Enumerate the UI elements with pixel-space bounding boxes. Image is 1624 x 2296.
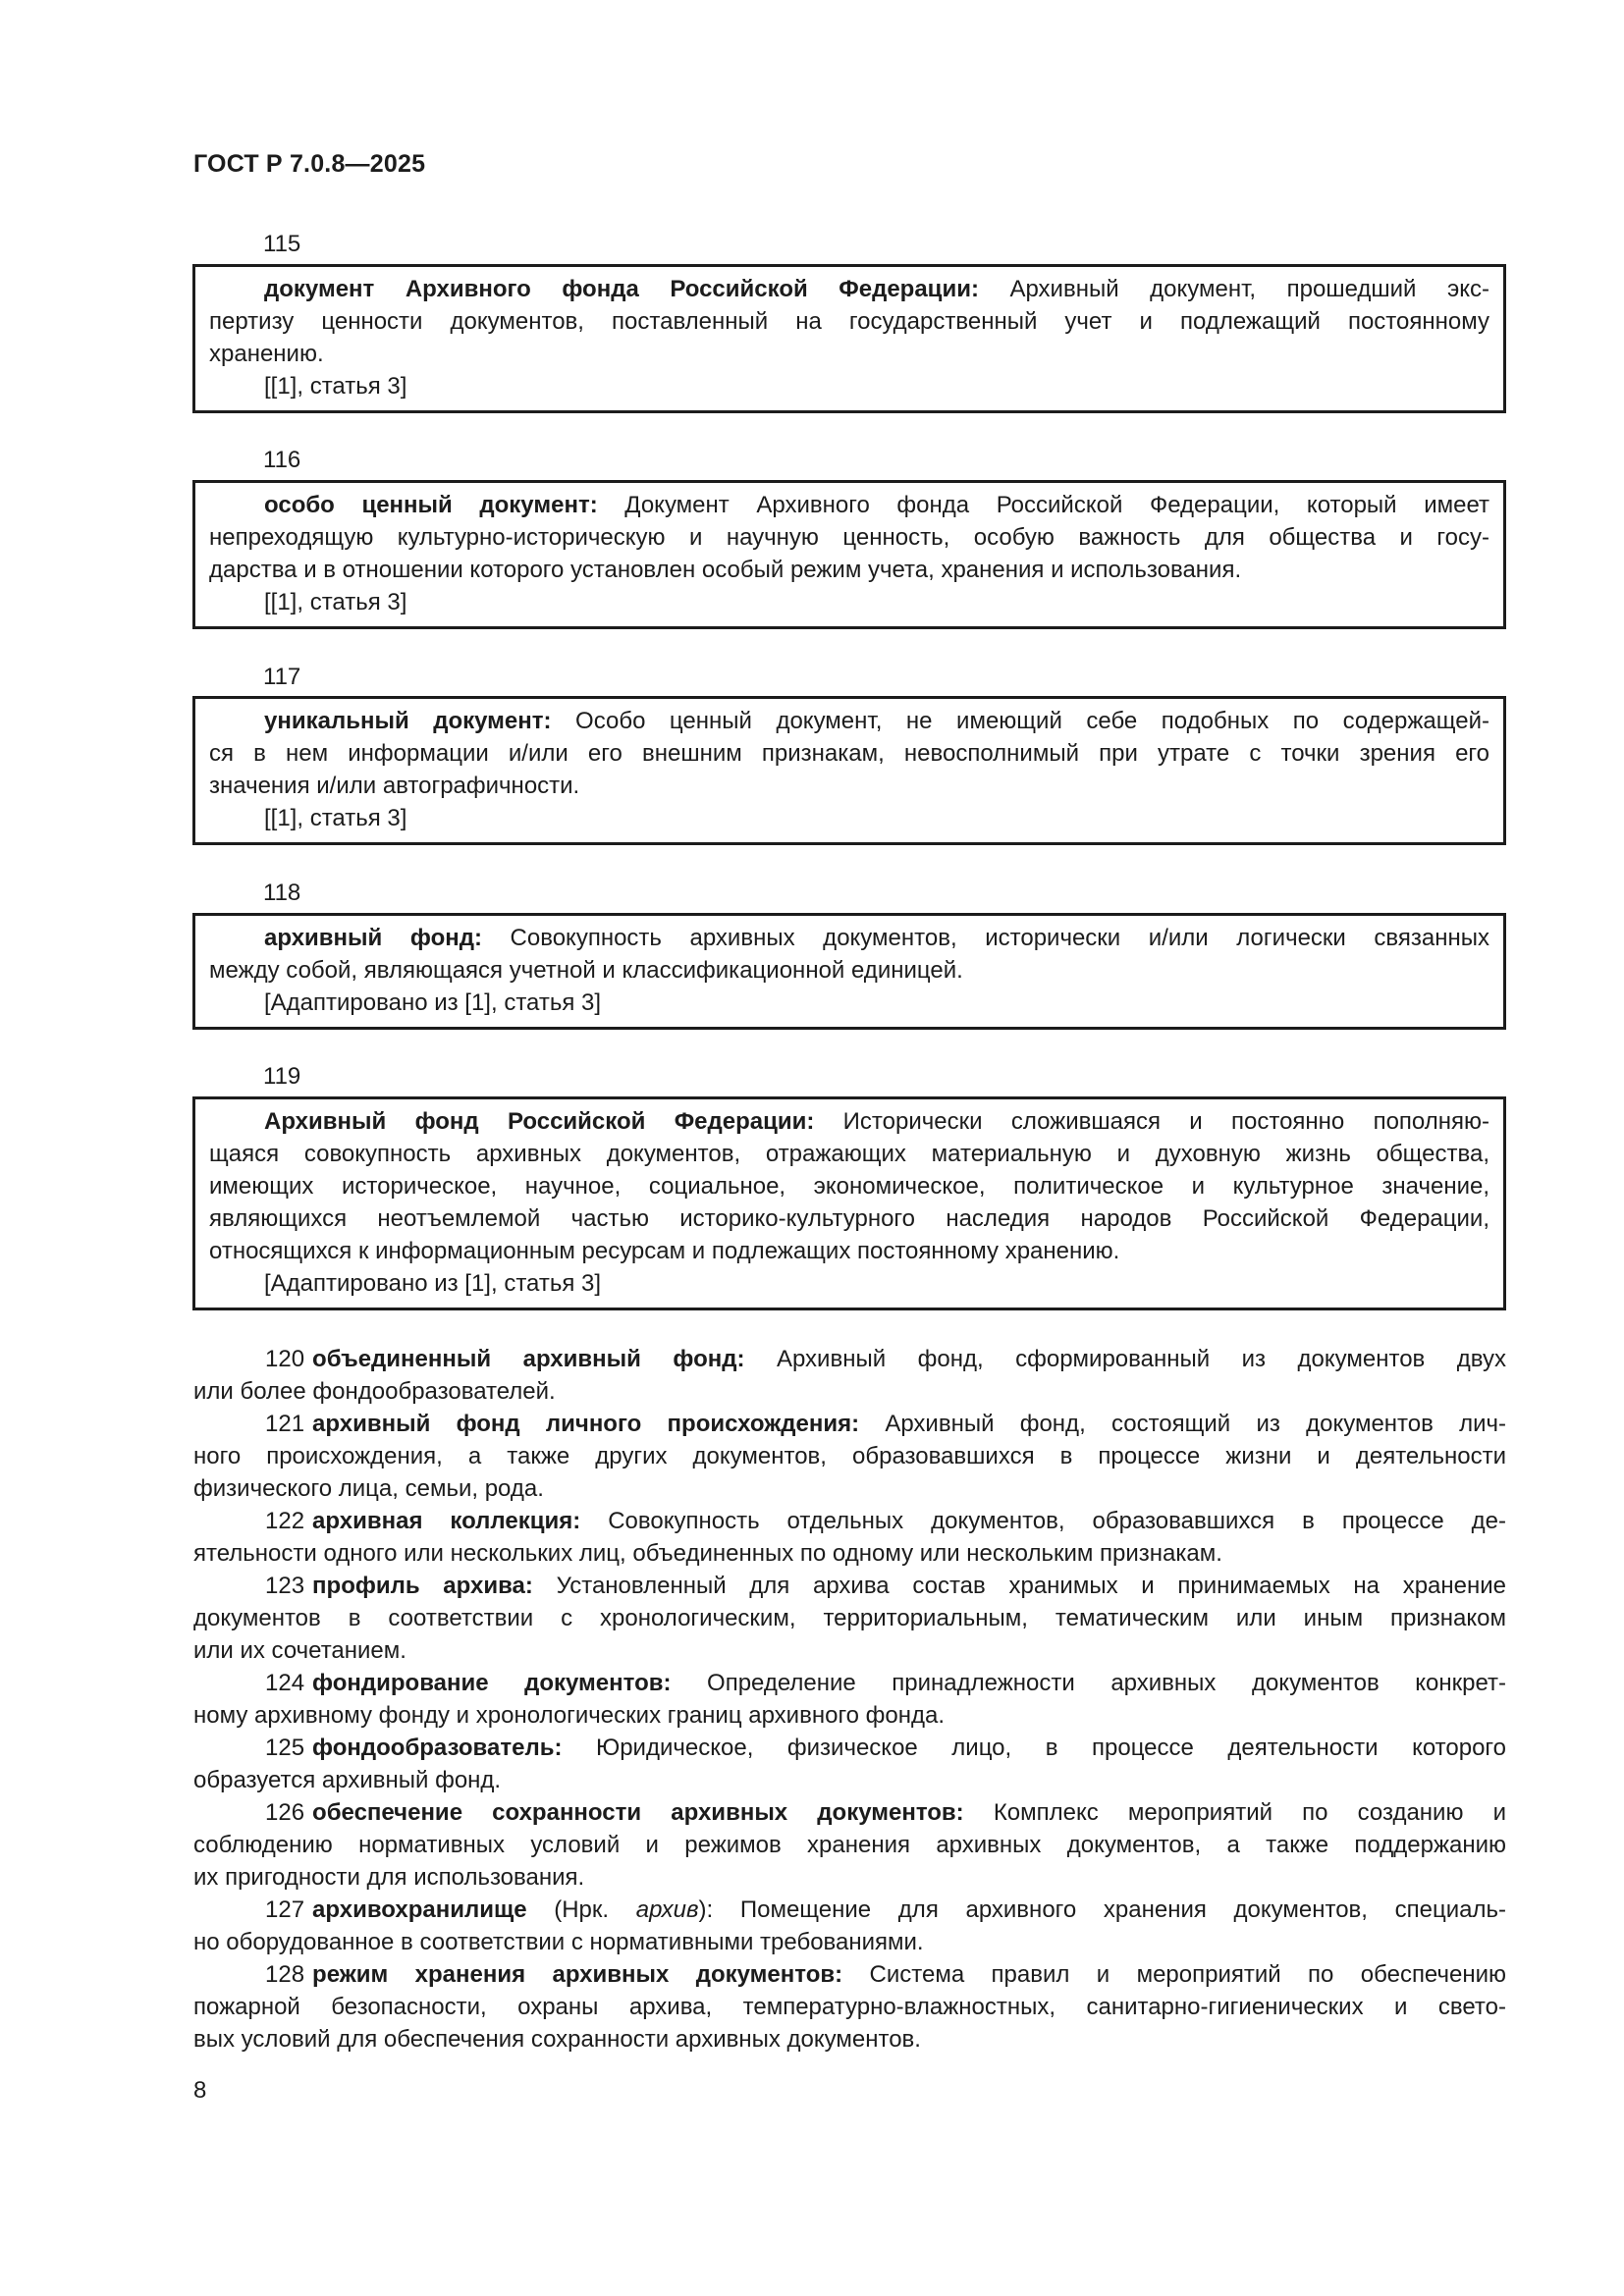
definition-text: Юридическое, физическое лицо, в процессе… (562, 1735, 1506, 1761)
term-number: 126 (265, 1799, 304, 1826)
definition-line: уникальный документ: Особо ценный докуме… (209, 705, 1489, 737)
term-number: 122 (265, 1508, 304, 1534)
deprecated-term: архив (636, 1896, 699, 1923)
term-box-117: уникальный документ: Особо ценный докуме… (192, 696, 1506, 845)
term-number-label: 117 (263, 661, 300, 693)
term-entry-127: 127архивохранилище (Нрк. архив): Помещен… (193, 1894, 1506, 1958)
definition-text: Документ Архивного фонда Российской Феде… (598, 492, 1489, 518)
definition-text: Исторически сложившаяся и постоянно попо… (814, 1108, 1489, 1135)
term-name: архивный фонд: (264, 925, 482, 951)
definition-text: Совокупность архивных документов, истори… (482, 925, 1489, 951)
term-name: режим хранения архивных документов: (312, 1961, 842, 1988)
term-box-119: Архивный фонд Российской Федерации: Исто… (192, 1096, 1506, 1310)
term-name: документ Архивного фонда Российской Феде… (264, 276, 979, 302)
term-entry-122: 122архивная коллекция: Совокупность отде… (193, 1505, 1506, 1570)
definition-line: или их сочетанием. (193, 1634, 1506, 1667)
term-name: обеспечение сохранности архивных докумен… (312, 1799, 964, 1826)
term-name: архивная коллекция: (312, 1508, 580, 1534)
source-reference: [[1], статья 3] (209, 370, 1489, 402)
definition-line: 121архивный фонд личного происхождения: … (193, 1408, 1506, 1440)
term-note-prefix: (Нрк. (527, 1896, 636, 1923)
definition-line: непреходящую культурно-историческую и на… (209, 521, 1489, 554)
definition-line: пожарной безопасности, охраны архива, те… (193, 1991, 1506, 2023)
term-name: Архивный фонд Российской Федерации: (264, 1108, 814, 1135)
definition-line: 126обеспечение сохранности архивных доку… (193, 1796, 1506, 1829)
term-number-label: 118 (263, 877, 300, 909)
definition-text: Архивный фонд, состоящий из документов л… (859, 1411, 1506, 1437)
definition-line: ятельности одного или нескольких лиц, об… (193, 1537, 1506, 1570)
term-entry-128: 128режим хранения архивных документов: С… (193, 1958, 1506, 2056)
definition-text: Архивный фонд, сформированный из докумен… (744, 1346, 1506, 1372)
definition-line: хранению. (209, 338, 1489, 370)
definition-line: документов в соответствии с хронологичес… (193, 1602, 1506, 1634)
definition-line: ного происхождения, а также других докум… (193, 1440, 1506, 1472)
definition-line: соблюдению нормативных условий и режимов… (193, 1829, 1506, 1861)
definition-line: образуется архивный фонд. (193, 1764, 1506, 1796)
definition-text: Комплекс мероприятий по созданию и (964, 1799, 1506, 1826)
term-number: 124 (265, 1670, 304, 1696)
term-number: 123 (265, 1573, 304, 1599)
definition-line: щаяся совокупность архивных документов, … (209, 1138, 1489, 1170)
term-name: фондирование документов: (312, 1670, 671, 1696)
term-number-label: 119 (263, 1060, 300, 1093)
definition-line: являющихся неотъемлемой частью историко-… (209, 1202, 1489, 1235)
source-reference: [Адаптировано из [1], статья 3] (209, 1267, 1489, 1300)
definition-line: ся в нем информации и/или его внешним пр… (209, 737, 1489, 770)
term-entry-123: 123профиль архива: Установленный для арх… (193, 1570, 1506, 1667)
term-number: 121 (265, 1411, 304, 1437)
term-box-116: особо ценный документ: Документ Архивног… (192, 480, 1506, 629)
definition-line: имеющих историческое, научное, социально… (209, 1170, 1489, 1202)
term-entry-126: 126обеспечение сохранности архивных доку… (193, 1796, 1506, 1894)
definition-line: пертизу ценности документов, поставленны… (209, 305, 1489, 338)
term-entry-125: 125фондообразователь: Юридическое, физич… (193, 1732, 1506, 1796)
definition-line: архивный фонд: Совокупность архивных док… (209, 922, 1489, 954)
definition-line: 124фондирование документов: Определение … (193, 1667, 1506, 1699)
definition-text: Установленный для архива состав хранимых… (533, 1573, 1506, 1599)
definition-line: между собой, являющаяся учетной и класси… (209, 954, 1489, 987)
definition-text: Архивный документ, прошедший экс- (979, 276, 1489, 302)
definition-line: дарства и в отношении которого установле… (209, 554, 1489, 586)
definition-line: значения и/или автографичности. (209, 770, 1489, 802)
definition-line: вых условий для обеспечения сохранности … (193, 2023, 1506, 2056)
definition-line: относящихся к информационным ресурсам и … (209, 1235, 1489, 1267)
term-box-118: архивный фонд: Совокупность архивных док… (192, 913, 1506, 1030)
term-name: фондообразователь: (312, 1735, 562, 1761)
term-name: архивный фонд личного происхождения: (312, 1411, 859, 1437)
definition-text: Определение принадлежности архивных доку… (672, 1670, 1507, 1696)
term-note-suffix: ): (699, 1896, 714, 1923)
definition-line: их пригодности для использования. (193, 1861, 1506, 1894)
term-entry-121: 121архивный фонд личного происхождения: … (193, 1408, 1506, 1505)
term-list: 120объединенный архивный фонд: Архивный … (193, 1343, 1506, 2056)
definition-line: 123профиль архива: Установленный для арх… (193, 1570, 1506, 1602)
page-number: 8 (193, 2074, 206, 2107)
definition-line: физического лица, семьи, рода. (193, 1472, 1506, 1505)
term-box-115: документ Архивного фонда Российской Феде… (192, 264, 1506, 413)
term-name: уникальный документ: (264, 708, 552, 734)
term-number-label: 116 (263, 444, 300, 476)
source-reference: [[1], статья 3] (209, 802, 1489, 834)
document-header: ГОСТ Р 7.0.8—2025 (193, 150, 425, 179)
definition-line: 125фондообразователь: Юридическое, физич… (193, 1732, 1506, 1764)
term-number: 128 (265, 1961, 304, 1988)
definition-line: 122архивная коллекция: Совокупность отде… (193, 1505, 1506, 1537)
definition-line: но оборудованное в соответствии с нормат… (193, 1926, 1506, 1958)
definition-line: или более фондообразователей. (193, 1375, 1506, 1408)
definition-line: ному архивному фонду и хронологических г… (193, 1699, 1506, 1732)
definition-text: Помещение для архивного хранения докумен… (713, 1896, 1506, 1923)
definition-line: Архивный фонд Российской Федерации: Исто… (209, 1105, 1489, 1138)
definition-line: 120объединенный архивный фонд: Архивный … (193, 1343, 1506, 1375)
term-name: особо ценный документ: (264, 492, 598, 518)
term-entry-120: 120объединенный архивный фонд: Архивный … (193, 1343, 1506, 1408)
term-name: архивохранилище (312, 1896, 527, 1923)
term-number: 125 (265, 1735, 304, 1761)
definition-text: Особо ценный документ, не имеющий себе п… (552, 708, 1490, 734)
definition-line: особо ценный документ: Документ Архивног… (209, 489, 1489, 521)
source-reference: [[1], статья 3] (209, 586, 1489, 618)
source-reference: [Адаптировано из [1], статья 3] (209, 987, 1489, 1019)
definition-line: 128режим хранения архивных документов: С… (193, 1958, 1506, 1991)
term-number: 120 (265, 1346, 304, 1372)
term-number-label: 115 (263, 228, 300, 260)
definition-line: 127архивохранилище (Нрк. архив): Помещен… (193, 1894, 1506, 1926)
definition-text: Система правил и мероприятий по обеспече… (842, 1961, 1506, 1988)
definition-line: документ Архивного фонда Российской Феде… (209, 273, 1489, 305)
definition-text: Совокупность отдельных документов, образ… (580, 1508, 1506, 1534)
term-number: 127 (265, 1896, 304, 1923)
term-entry-124: 124фондирование документов: Определение … (193, 1667, 1506, 1732)
term-name: профиль архива: (312, 1573, 533, 1599)
term-name: объединенный архивный фонд: (312, 1346, 744, 1372)
